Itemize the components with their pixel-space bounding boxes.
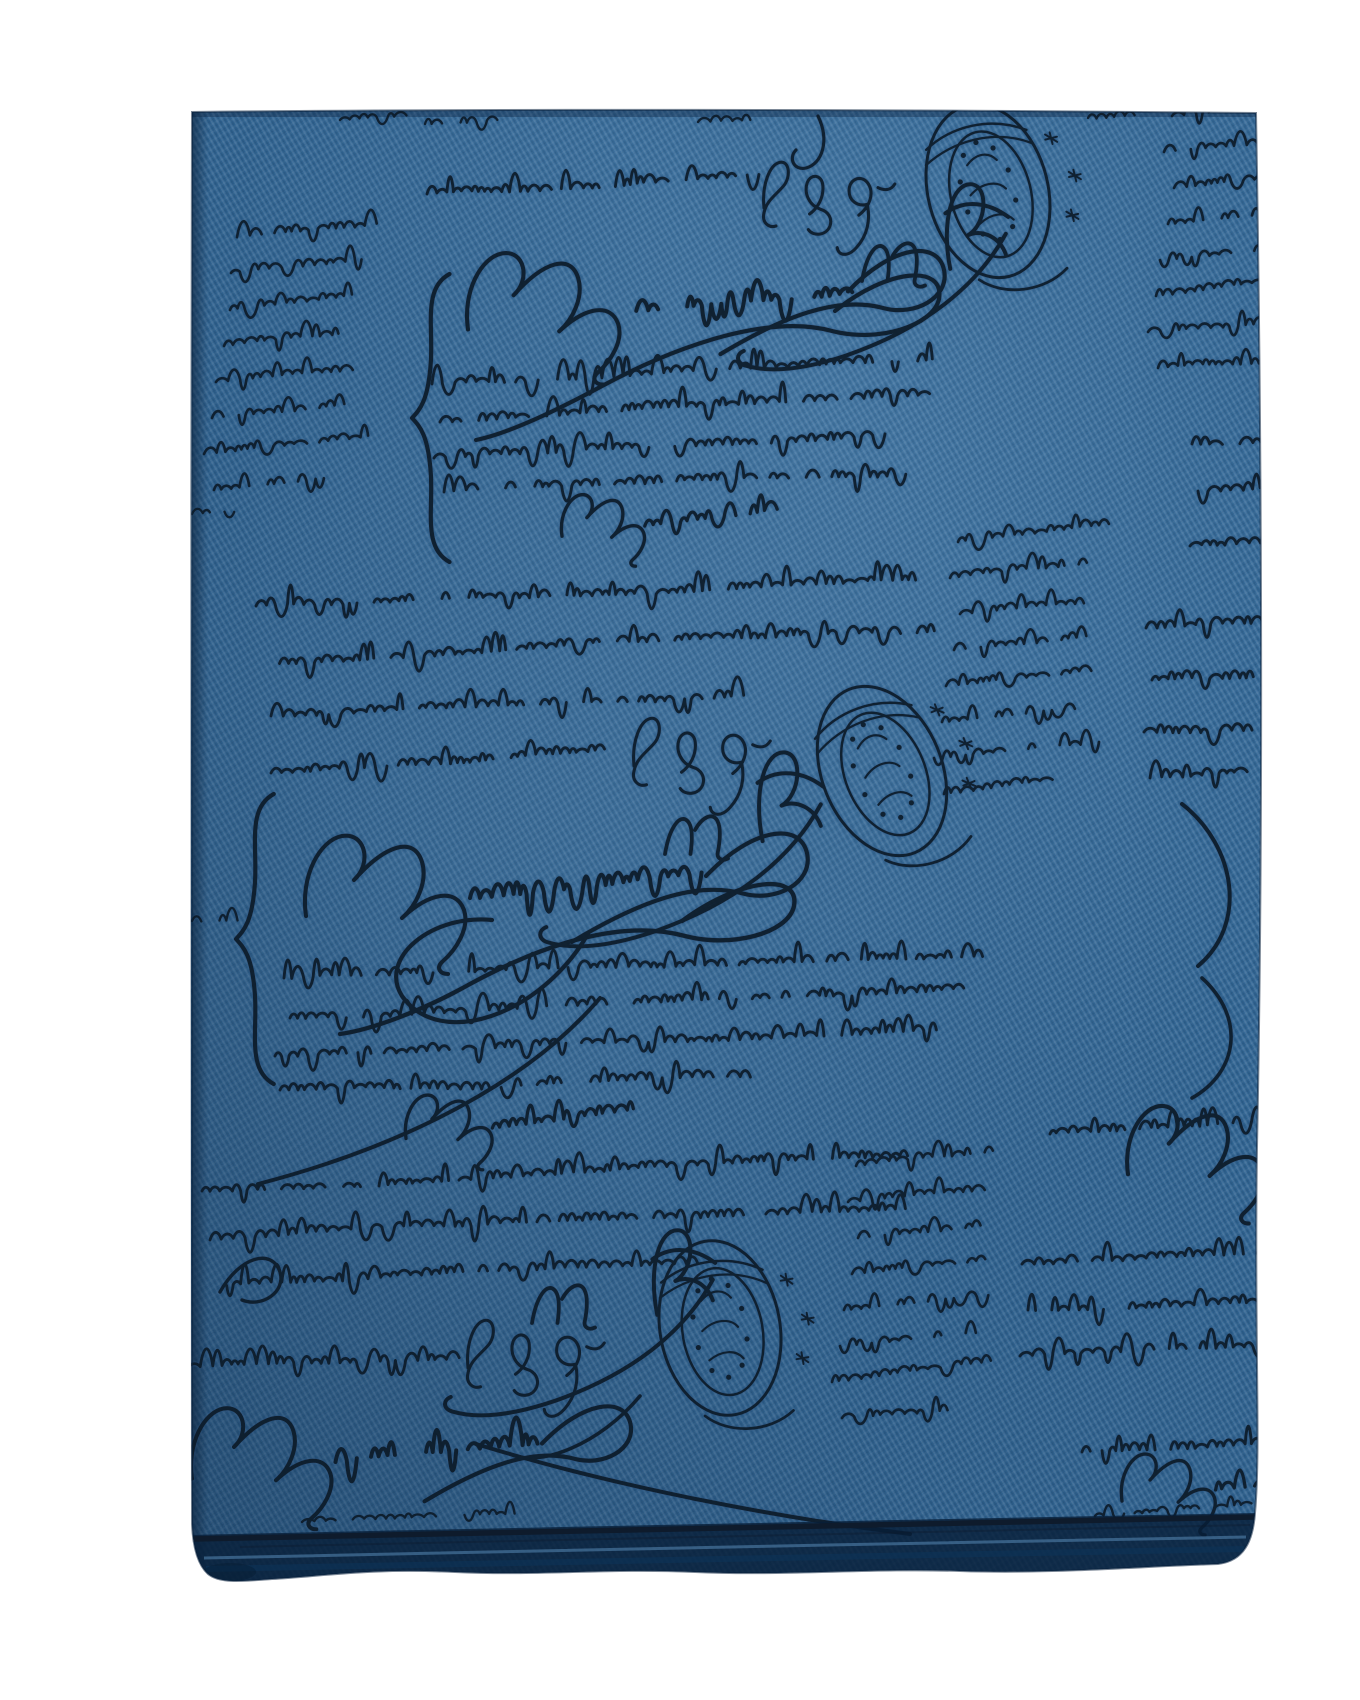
product-photo [40, 16, 1360, 1684]
fabric [168, 83, 1360, 1601]
scarf-photo-canvas [40, 16, 1360, 1684]
